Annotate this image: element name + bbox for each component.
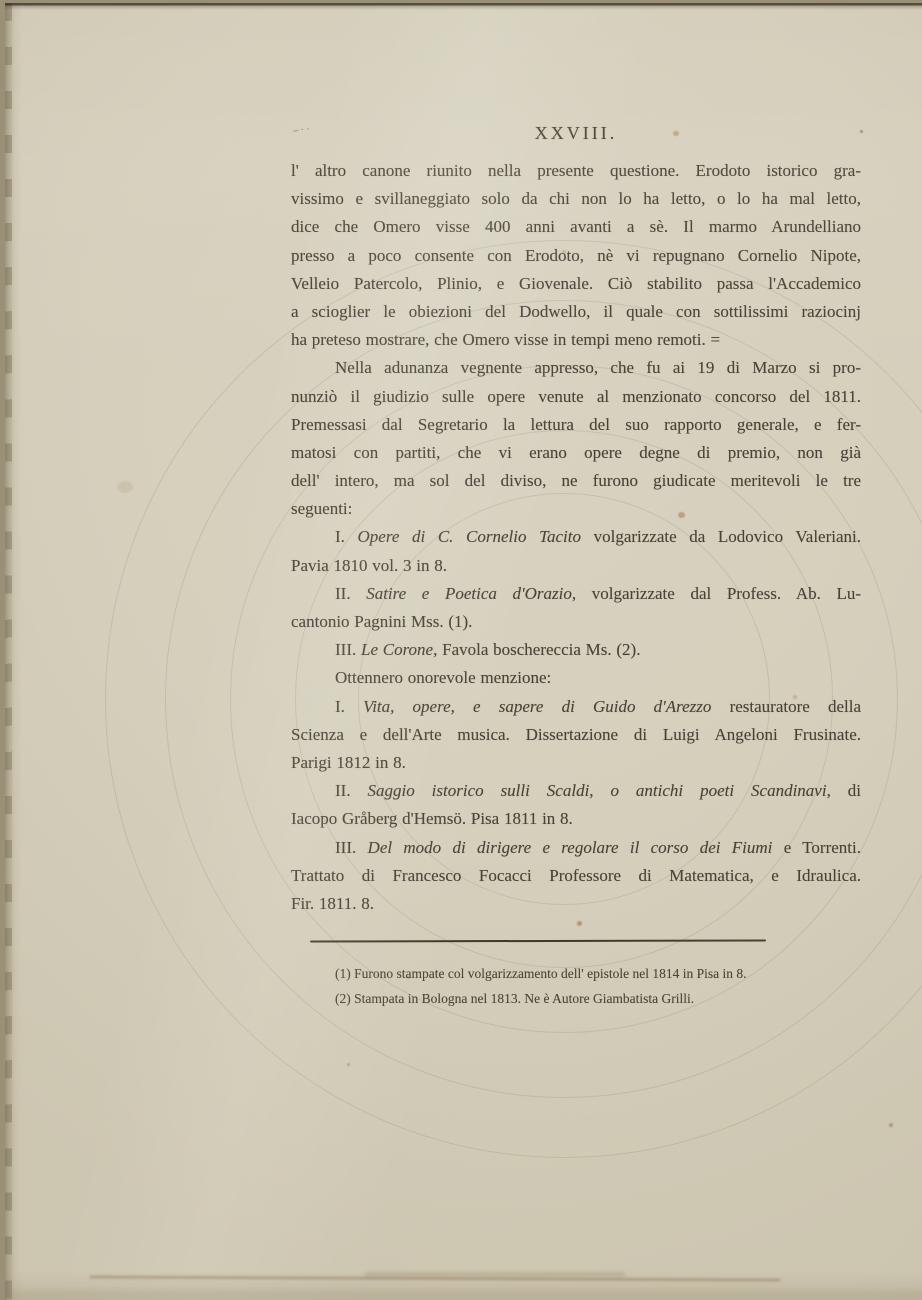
- bottom-tear-streak: [365, 1272, 625, 1277]
- page-edge-top: [5, 3, 922, 10]
- text-line: matosi con partiti, che vi erano opere d…: [291, 439, 861, 467]
- text-line: Parigi 1812 in 8.: [291, 749, 861, 777]
- text-line: presso a poco consente con Erodoto, nè v…: [291, 242, 861, 270]
- scanned-book-photo: { "page": { "number_label": "XXVIII.", "…: [0, 0, 922, 1300]
- footnote-2: (2) Stampata in Bologna nel 1813. Ne è A…: [335, 986, 855, 1011]
- footnotes-block: (1) Furono stampate col volgarizzamento …: [335, 961, 855, 1011]
- page-edge-left-texture: [5, 3, 12, 1300]
- text-line: dell' intero, ma sol del diviso, ne furo…: [291, 467, 861, 495]
- text-line: Trattato di Francesco Focacci Professore…: [291, 862, 861, 890]
- text-line: vissimo e svillaneggiato solo da chi non…: [291, 185, 861, 213]
- text-line: Premessasi dal Segretario la lettura del…: [291, 411, 861, 439]
- foxing-spot: [889, 1123, 893, 1127]
- foxing-spot: [347, 1063, 350, 1066]
- text-line: cantonio Pagnini Mss. (1).: [291, 608, 861, 636]
- book-page: –·· XXVIII. l' altro canone riunito nell…: [5, 3, 922, 1300]
- text-line: III. Le Corone, Favola boschereccia Ms. …: [291, 636, 861, 664]
- text-line: Velleio Patercolo, Plinio, e Giovenale. …: [291, 270, 861, 298]
- body-text-block: l' altro canone riunito nella presente q…: [291, 157, 861, 918]
- text-line: III. Del modo di dirigere e regolare il …: [291, 834, 861, 862]
- text-line: l' altro canone riunito nella presente q…: [291, 157, 861, 185]
- foxing-spot: [117, 481, 133, 493]
- text-line: a scioglier le obiezioni del Dodwello, i…: [291, 298, 861, 326]
- text-line: II. Satire e Poetica d'Orazio, volgarizz…: [291, 580, 861, 608]
- foxing-spot: [577, 921, 582, 926]
- text-line: nunziò il giudizio sulle opere venute al…: [291, 383, 861, 411]
- text-line: Fir. 1811. 8.: [291, 890, 861, 918]
- text-line: ha preteso mostrare, che Omero visse in …: [291, 326, 861, 354]
- text-line: Ottennero onorevole menzione:: [291, 664, 861, 692]
- text-line: Scienza e dell'Arte musica. Dissertazion…: [291, 721, 861, 749]
- footnote-1: (1) Furono stampate col volgarizzamento …: [335, 961, 855, 986]
- text-line: seguenti:: [291, 495, 861, 523]
- text-line: I. Vita, opere, e sapere di Guido d'Arez…: [291, 693, 861, 721]
- page-number: XXVIII.: [291, 122, 861, 144]
- text-line: Pavia 1810 vol. 3 in 8.: [291, 552, 861, 580]
- text-line: dice che Omero visse 400 anni avanti a s…: [291, 213, 861, 241]
- text-line: II. Saggio istorico sulli Scaldi, o anti…: [291, 777, 861, 805]
- text-line: I. Opere di C. Cornelio Tacito volgarizz…: [291, 523, 861, 551]
- text-line: Iacopo Gråberg d'Hemsö. Pisa 1811 in 8.: [291, 805, 861, 833]
- text-line: Nella adunanza vegnente appresso, che fu…: [291, 354, 861, 382]
